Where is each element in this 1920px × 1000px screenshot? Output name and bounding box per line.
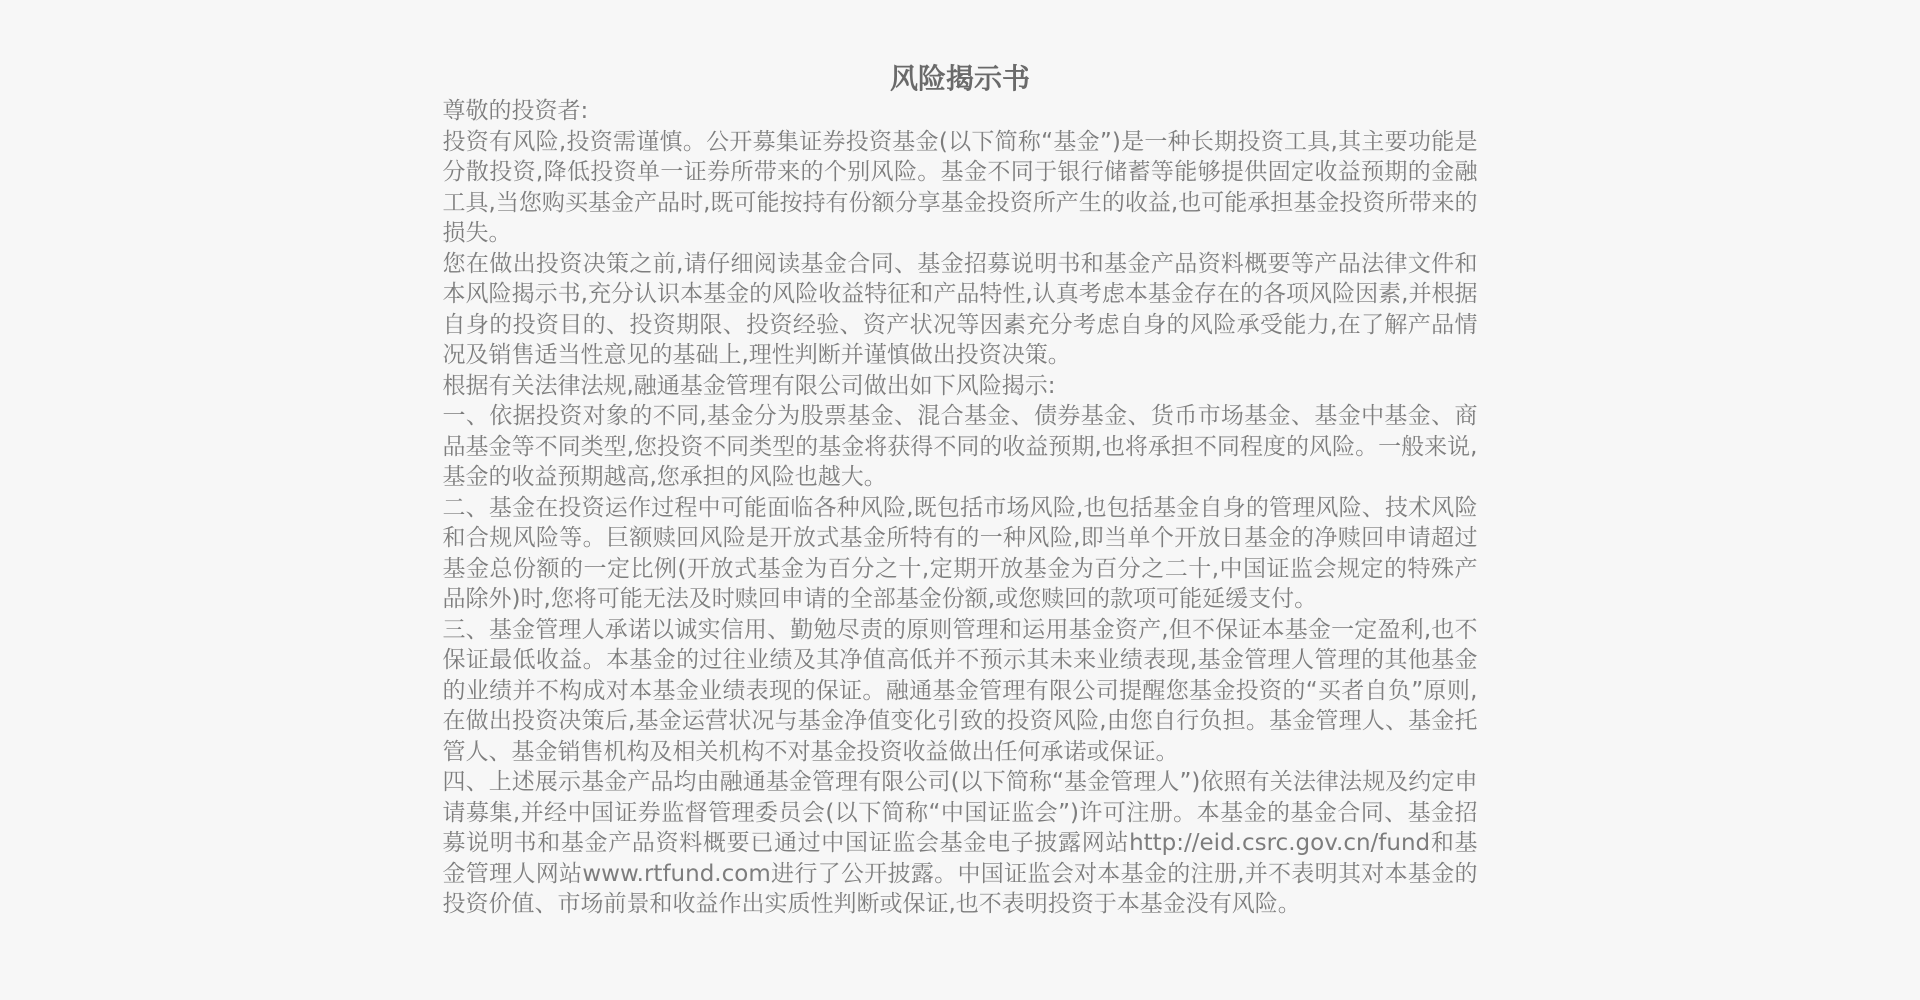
risk-disclosure-document: 风险揭示书 尊敬的投资者: 投资有风险,投资需谨慎。公开募集证券投资基金(以下简… (443, 0, 1478, 920)
paragraph-item-1-fund-types: 一、依据投资对象的不同,基金分为股票基金、混合基金、债券基金、货币市场基金、基金… (443, 401, 1478, 493)
paragraph-intro-risk: 投资有风险,投资需谨慎。公开募集证券投资基金(以下简称“基金”)是一种长期投资工… (443, 127, 1478, 249)
paragraph-read-documents: 您在做出投资决策之前,请仔细阅读基金合同、基金招募说明书和基金产品资料概要等产品… (443, 249, 1478, 371)
document-title: 风险揭示书 (443, 62, 1478, 96)
paragraph-item-3-manager-commitment: 三、基金管理人承诺以诚实信用、勤勉尽责的原则管理和运用基金资产,但不保证本基金一… (443, 615, 1478, 768)
paragraph-item-2-operation-risks: 二、基金在投资运作过程中可能面临各种风险,既包括市场风险,也包括基金自身的管理风… (443, 493, 1478, 615)
paragraph-disclosure-lead-in: 根据有关法律法规,融通基金管理有限公司做出如下风险揭示: (443, 371, 1478, 402)
paragraph-item-4-registration: 四、上述展示基金产品均由融通基金管理有限公司(以下简称“基金管理人”)依照有关法… (443, 767, 1478, 920)
salutation: 尊敬的投资者: (443, 96, 1478, 127)
